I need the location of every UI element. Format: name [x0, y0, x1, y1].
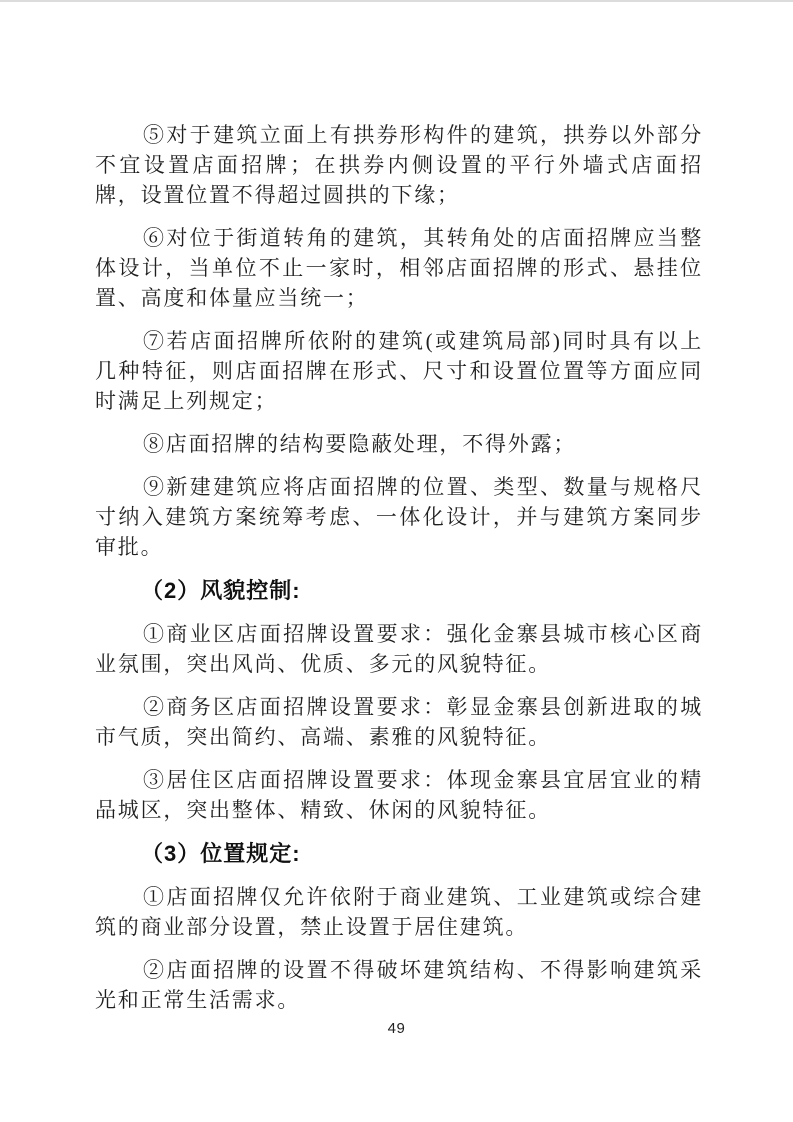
clause-paragraph-8: ⑧店面招牌的结构要隐蔽处理，不得外露；	[95, 429, 703, 459]
style-clause-commercial: ①商业区店面招牌设置要求：强化金寨县城市核心区商业氛围，突出风尚、优质、多元的风…	[95, 619, 703, 679]
document-page: ⑤对于建筑立面上有拱券形构件的建筑，拱券以外部分不宜设置店面招牌；在拱券内侧设置…	[0, 0, 793, 1122]
section-heading-style-control: （2）风貌控制:	[95, 576, 703, 606]
page-number: 49	[0, 1020, 793, 1037]
style-clause-residential: ③居住区店面招牌设置要求：体现金寨县宜居宜业的精品城区，突出整体、精致、休闲的风…	[95, 765, 703, 825]
section-heading-location-rules: （3）位置规定:	[95, 839, 703, 869]
document-body: ⑤对于建筑立面上有拱券形构件的建筑，拱券以外部分不宜设置店面招牌；在拱券内侧设置…	[95, 120, 703, 1015]
clause-paragraph-7: ⑦若店面招牌所依附的建筑(或建筑局部)同时具有以上几种特征，则店面招牌在形式、尺…	[95, 326, 703, 416]
clause-paragraph-9: ⑨新建建筑应将店面招牌的位置、类型、数量与规格尺寸纳入建筑方案统筹考虑、一体化设…	[95, 472, 703, 562]
style-clause-business: ②商务区店面招牌设置要求：彰显金寨县创新进取的城市气质，突出简约、高端、素雅的风…	[95, 692, 703, 752]
clause-paragraph-5: ⑤对于建筑立面上有拱券形构件的建筑，拱券以外部分不宜设置店面招牌；在拱券内侧设置…	[95, 120, 703, 210]
location-clause-structure: ②店面招牌的设置不得破坏建筑结构、不得影响建筑采光和正常生活需求。	[95, 955, 703, 1015]
scan-edge-artifact	[0, 0, 793, 2]
clause-paragraph-6: ⑥对位于街道转角的建筑，其转角处的店面招牌应当整体设计，当单位不止一家时，相邻店…	[95, 223, 703, 313]
location-clause-attachment: ①店面招牌仅允许依附于商业建筑、工业建筑或综合建筑的商业部分设置，禁止设置于居住…	[95, 882, 703, 942]
